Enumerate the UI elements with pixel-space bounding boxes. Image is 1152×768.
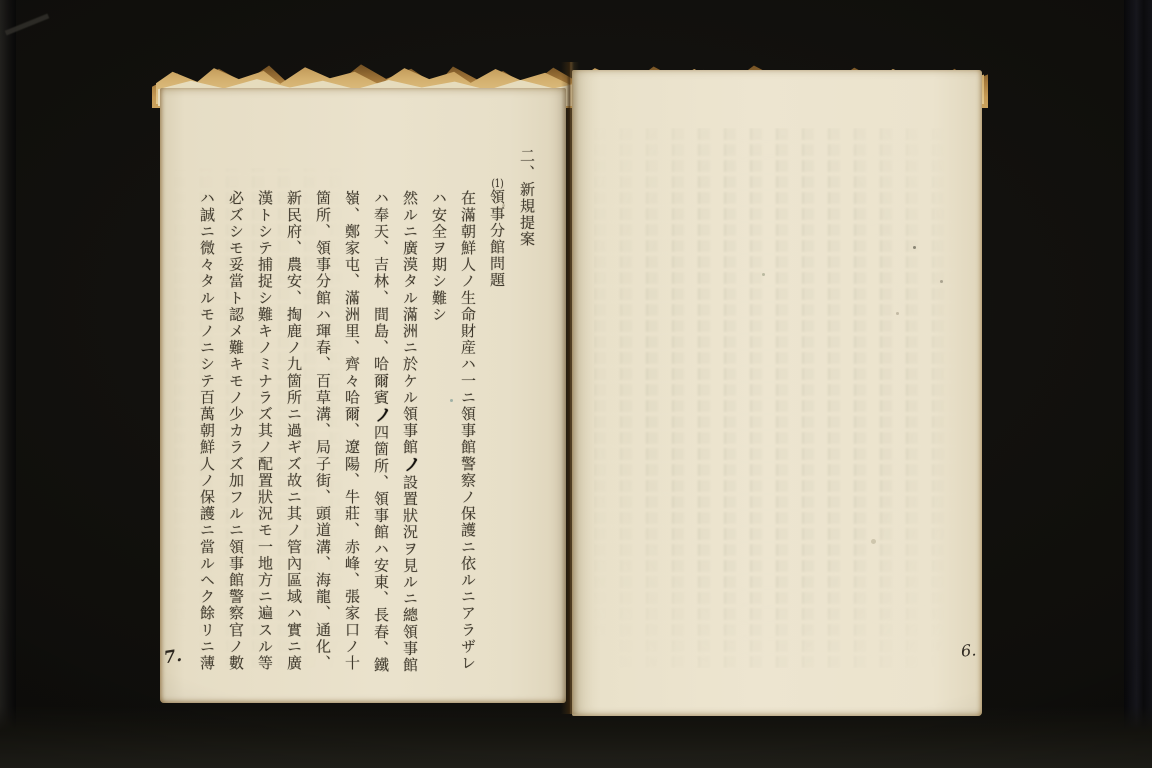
right-page: 6.: [572, 70, 982, 716]
text-column-3: 在滿朝鮮人ノ生命財産ハ一ニ領事館警察ノ保護ニ依ルニアラザレ: [453, 148, 482, 718]
handwritten-insertion-mark: ノ: [371, 406, 391, 425]
text-line: 嶺、鄭家屯、滿洲里、齊々哈爾、遼陽、牛莊、赤峰、張家口ノ十: [343, 190, 361, 671]
item-number: (1): [491, 178, 504, 189]
text-line: 在滿朝鮮人ノ生命財産ハ一ニ領事館警察ノ保護ニ依ルニアラザレ: [459, 190, 477, 671]
text-line: 設置狀況ヲ見ルニ總領事館: [401, 474, 419, 673]
book-gutter-crease: [561, 62, 579, 714]
text-column-11: 必ズシモ妥當ト認メ難キモノ少カラズ加フルニ領事館警察官ノ數: [221, 148, 250, 718]
frame-left-edge: [0, 0, 16, 768]
left-page: 二、新規提案 (1)領事分館問題 在滿朝鮮人ノ生命財産ハ一ニ領事館警察ノ保護ニ依…: [160, 88, 566, 703]
text-column-5: 然ルニ廣漠タル滿洲ニ於ケル領事館ノ設置狀況ヲ見ルニ總領事館: [395, 148, 424, 718]
text-line: 必ズシモ妥當ト認メ難キモノ少カラズ加フルニ領事館警察官ノ數: [227, 190, 245, 671]
section-heading: 二、新規提案: [518, 148, 536, 248]
text-line: 漢トシテ捕捉シ難キノミナラズ其ノ配置狀況モ一地方ニ遍スル等: [256, 190, 274, 671]
bleed-through-text-right: [594, 128, 956, 668]
text-column-7: 嶺、鄭家屯、滿洲里、齊々哈爾、遼陽、牛莊、赤峰、張家口ノ十: [337, 148, 366, 718]
text-line: 箇所、領事分館ハ琿春、百草溝、局子街、頭道溝、海龍、通化、: [314, 190, 332, 671]
subsection-heading-column: (1)領事分館問題: [482, 148, 512, 706]
text-column-6: ハ奉天、吉林、間島、哈爾賓ノ四箇所、領事館ハ安東、長春、鐵: [366, 148, 395, 718]
text-column-4: ハ安全ヲ期シ難シ: [424, 148, 453, 718]
text-line: 然ルニ廣漠タル滿洲ニ於ケル領事館: [401, 190, 419, 456]
text-line: 新民府、農安、掏鹿ノ九箇所ニ過ギズ故ニ其ノ管內區域ハ實ニ廣: [285, 190, 303, 671]
text-line: 四箇所、領事館ハ安東、長春、鐵: [372, 424, 390, 673]
archival-photo: 二、新規提案 (1)領事分館問題 在滿朝鮮人ノ生命財産ハ一ニ領事館警察ノ保護ニ依…: [0, 0, 1152, 768]
text-line: ハ奉天、吉林、間島、哈爾賓: [372, 190, 390, 406]
page-number-right: 6.: [960, 640, 977, 660]
typewritten-text-block: 二、新規提案 (1)領事分館問題 在滿朝鮮人ノ生命財産ハ一ニ領事館警察ノ保護ニ依…: [191, 148, 541, 676]
text-column-9: 新民府、農安、掏鹿ノ九箇所ニ過ギズ故ニ其ノ管內區域ハ實ニ廣: [279, 148, 308, 718]
subsection-heading: 領事分館問題: [488, 189, 506, 289]
text-column-12: ハ誠ニ微々タルモノニシテ百萬朝鮮人ノ保護ニ當ルヘク餘リニ薄: [192, 148, 221, 718]
page-number-left: 7.: [163, 646, 184, 669]
text-column-8: 箇所、領事分館ハ琿春、百草溝、局子街、頭道溝、海龍、通化、: [308, 148, 337, 718]
section-heading-column: 二、新規提案: [512, 148, 541, 676]
frame-right-edge: [1124, 0, 1152, 768]
handwritten-insertion-mark: ノ: [400, 456, 420, 475]
text-line: ハ安全ヲ期シ難シ: [430, 190, 448, 323]
paper-specks-left: [160, 88, 163, 91]
text-line: ハ誠ニ微々タルモノニシテ百萬朝鮮人ノ保護ニ當ルヘク餘リニ薄: [198, 190, 216, 671]
text-column-10: 漢トシテ捕捉シ難キノミナラズ其ノ配置狀況モ一地方ニ遍スル等: [250, 148, 279, 718]
